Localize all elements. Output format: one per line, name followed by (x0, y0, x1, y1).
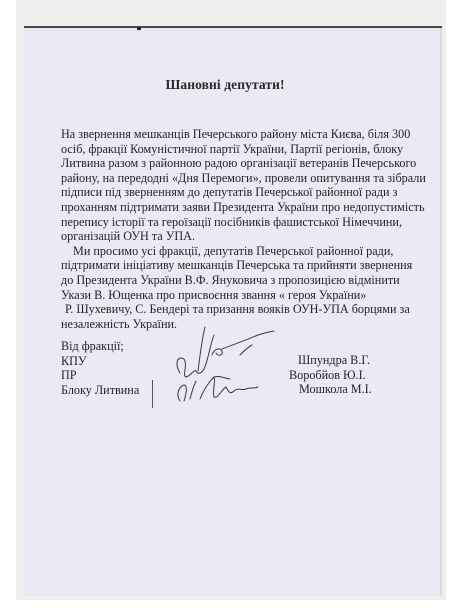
paragraph-1-line: району, на передодні «Дня Перемоги», про… (61, 171, 423, 186)
signatory-name: Воробйов Ю.І. (289, 368, 372, 383)
faction-label: ПР (61, 368, 139, 383)
signatory-name: Шпундра В.Г. (298, 353, 372, 368)
signature-intro: Від фракції; (61, 339, 139, 354)
paragraph-2-line: до Президента України В.Ф. Януковича з п… (61, 273, 423, 288)
paragraph-2-line: Укази В. Ющенка про присвоєння звання « … (61, 288, 423, 303)
margin-mark (152, 380, 153, 408)
paragraph-2-line: Р. Шухевичу, С. Бендері та призання вояк… (61, 302, 423, 317)
document-body: На звернення мешканців Печерського район… (61, 127, 423, 331)
paragraph-1-line: підписи під зверненням до депутатів Пече… (61, 185, 423, 200)
handwritten-signatures (170, 325, 280, 405)
signatory-list: Шпундра В.Г. Воробйов Ю.І. Мошкола М.І. (298, 353, 372, 397)
paragraph-2-line: Ми просимо усі фракції, депутатів Печерс… (61, 244, 423, 259)
paragraph-2-line: підтримати ініціативу мешканців Печерськ… (61, 258, 423, 273)
paragraph-1-line: проханням підтримати заяви Президента Ук… (61, 200, 423, 215)
signature-factions: Від фракції; КПУ ПР Блоку Литвина (61, 339, 139, 397)
paragraph-1-line: організацій ОУН та УПА. (61, 229, 423, 244)
paragraph-1-line: На звернення мешканців Печерського район… (61, 127, 423, 142)
signatory-name: Мошкола М.І. (299, 382, 372, 397)
paragraph-1-line: перепису історії та героїзації посібникі… (61, 215, 423, 230)
faction-label: Блоку Литвина (61, 383, 139, 398)
paragraph-1-line: осіб, фракції Комуністичної партії Украї… (61, 142, 423, 157)
document-title: Шановні депутати! (0, 77, 450, 93)
scan-mark (137, 27, 141, 30)
faction-label: КПУ (61, 354, 139, 369)
paragraph-1-line: Литвина разом з районною радою організац… (61, 156, 423, 171)
